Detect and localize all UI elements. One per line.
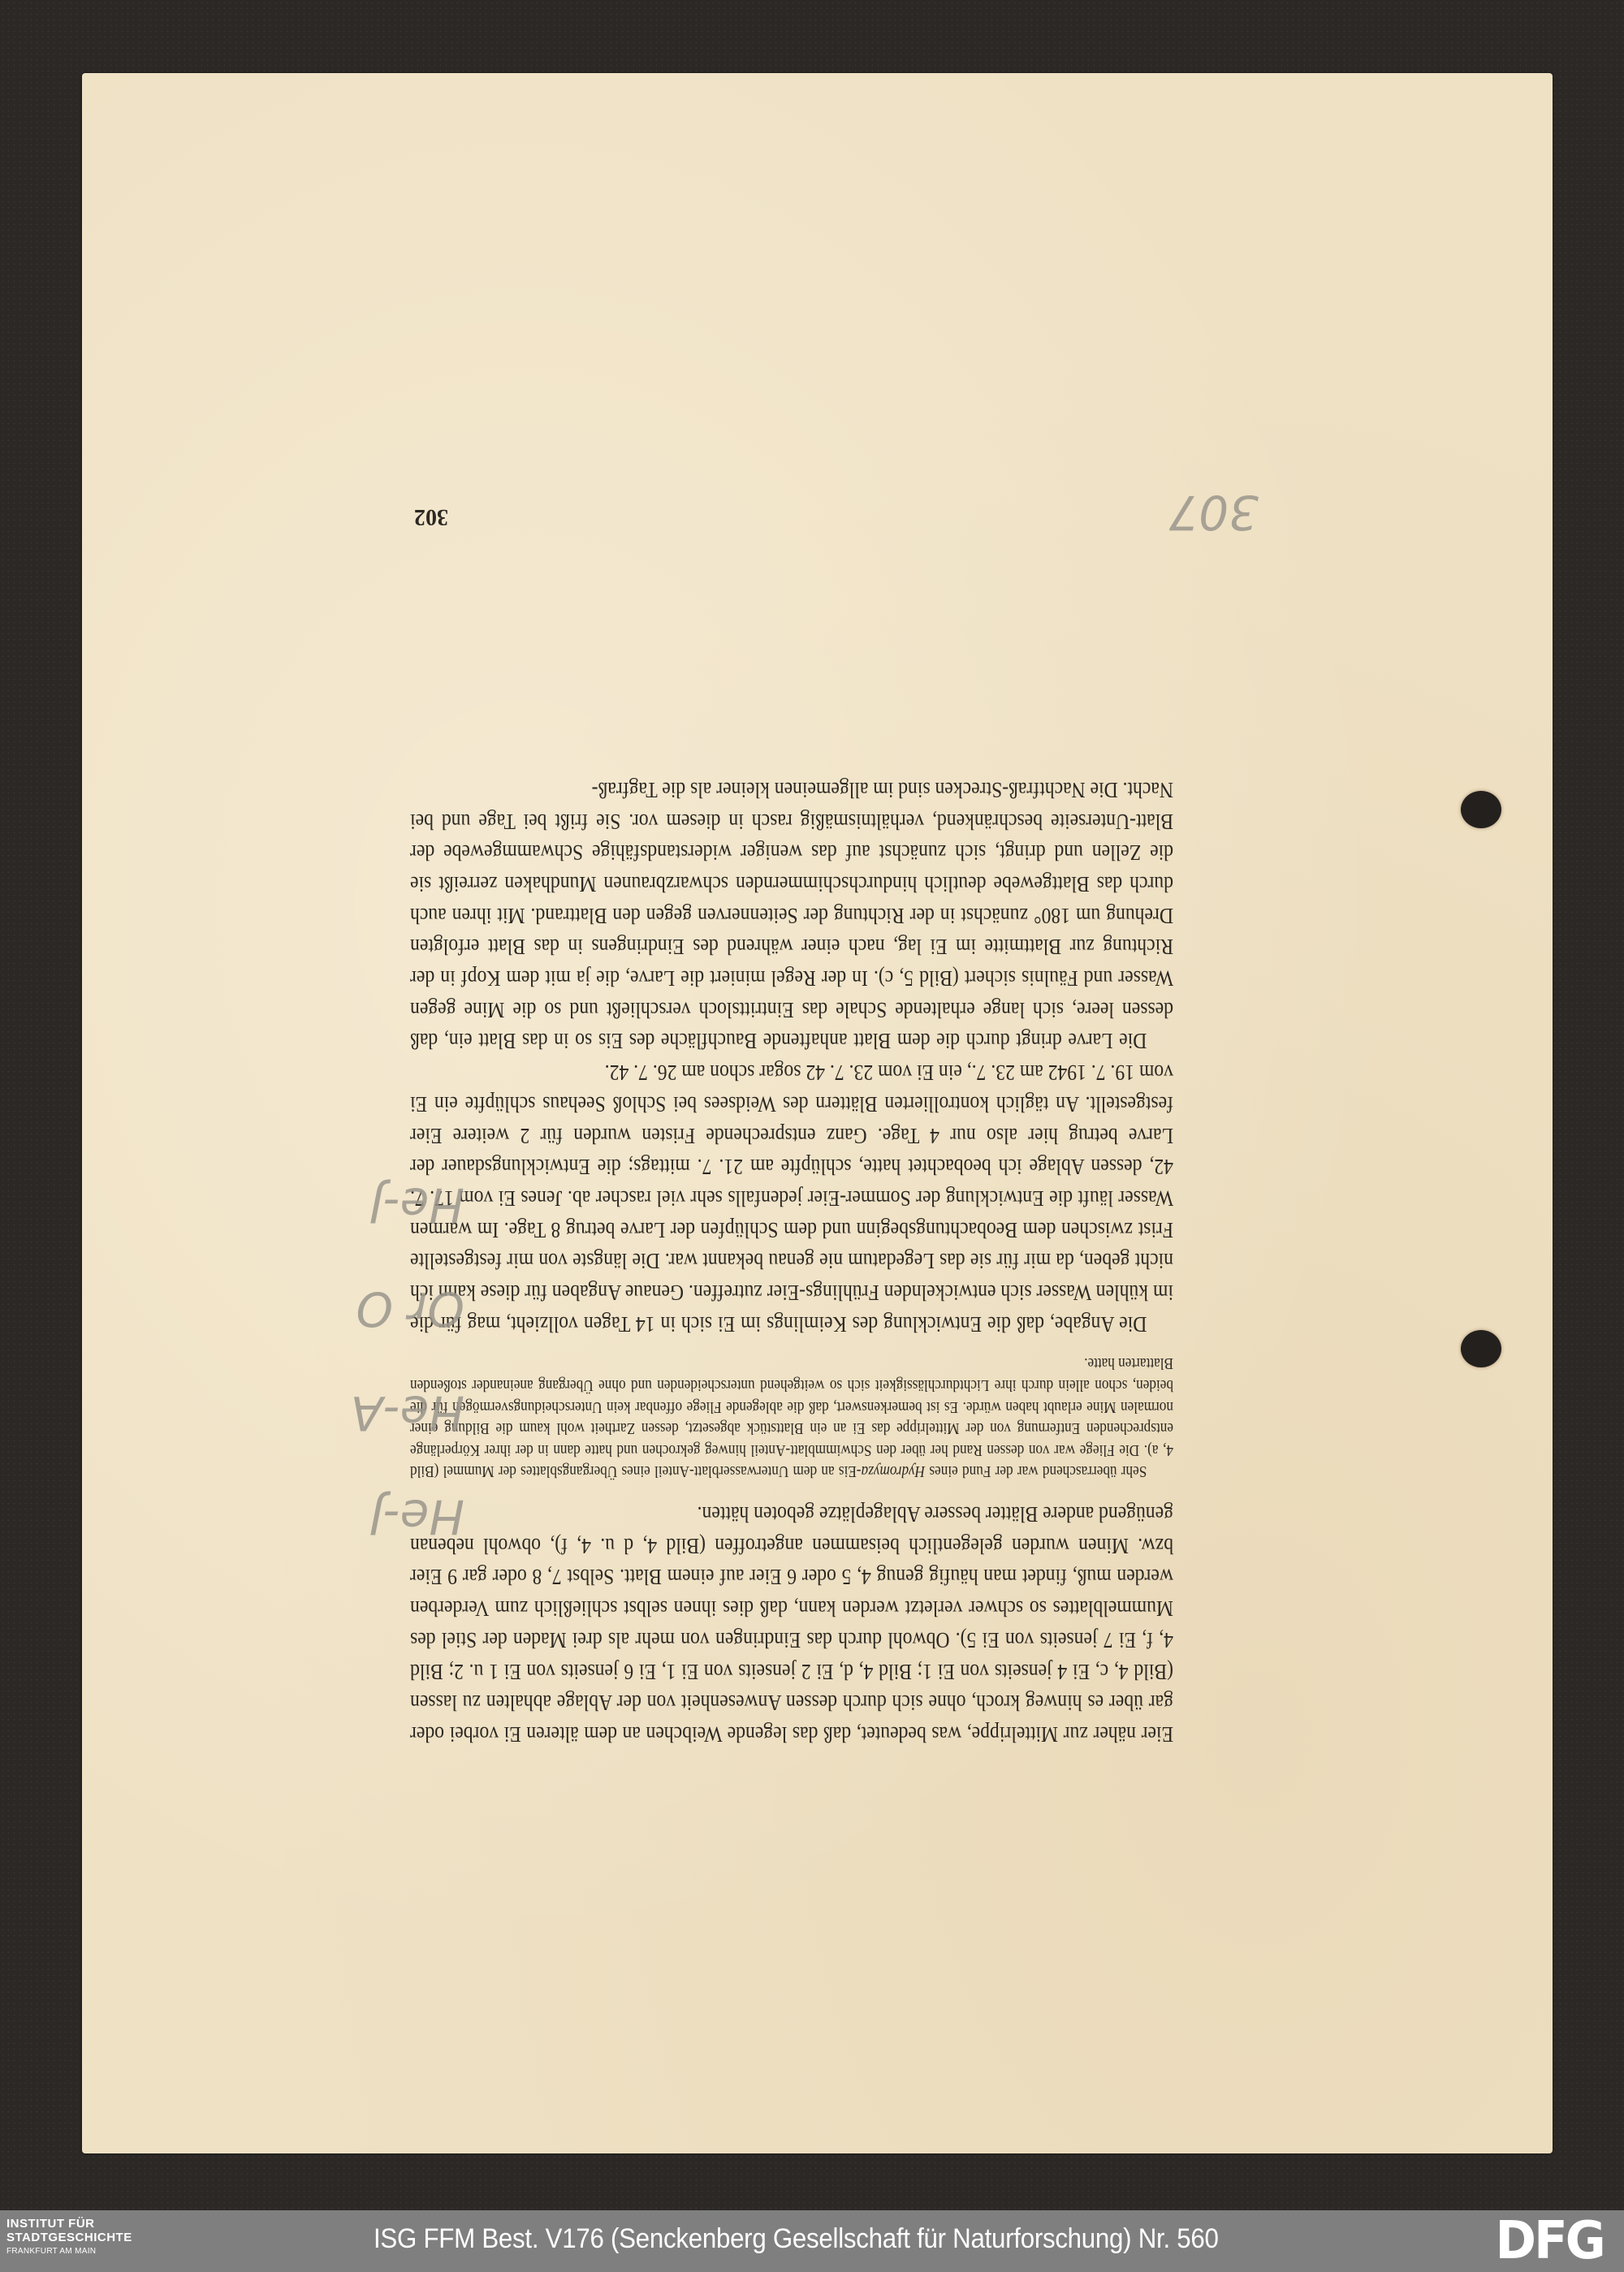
dfg-logo: DFG <box>1496 2215 1604 2267</box>
page-number: 302 <box>414 503 448 529</box>
body-text: Eier näher zur Mittelrippe, was bedeutet… <box>410 774 1173 1750</box>
pencil-note: Or O <box>270 1281 464 1337</box>
institution-logo: INSTITUT FÜR STADTGESCHICHTE FRANKFURT A… <box>6 2217 132 2258</box>
margin-notes: He-J He-A Or O He-J <box>270 1129 464 1544</box>
paragraph: Die Angabe, daß die Entwicklung des Keim… <box>410 1056 1173 1339</box>
scanned-page: Eier näher zur Mittelrippe, was bedeutet… <box>82 73 1553 2153</box>
species-name: Hydromyza <box>862 1462 926 1480</box>
rotated-page-content: Eier näher zur Mittelrippe, was bedeutet… <box>82 73 1553 2153</box>
pencil-page-number: 307 <box>1168 485 1259 540</box>
archive-reference-title: ISG FFM Best. V176 (Senckenberg Gesellsc… <box>374 2223 1219 2255</box>
pencil-note: He-A <box>270 1385 464 1441</box>
pencil-note: He-J <box>270 1177 464 1233</box>
paragraph: Die Larve dringt durch die dem Blatt anh… <box>410 774 1173 1056</box>
pencil-note: He-J <box>270 1489 464 1544</box>
footnote: Sehr überraschend war der Fund eines Hyd… <box>410 1353 1173 1483</box>
archive-footer-bar: INSTITUT FÜR STADTGESCHICHTE FRANKFURT A… <box>0 2210 1624 2272</box>
paragraph: Eier näher zur Mittelrippe, was bedeutet… <box>410 1498 1173 1750</box>
